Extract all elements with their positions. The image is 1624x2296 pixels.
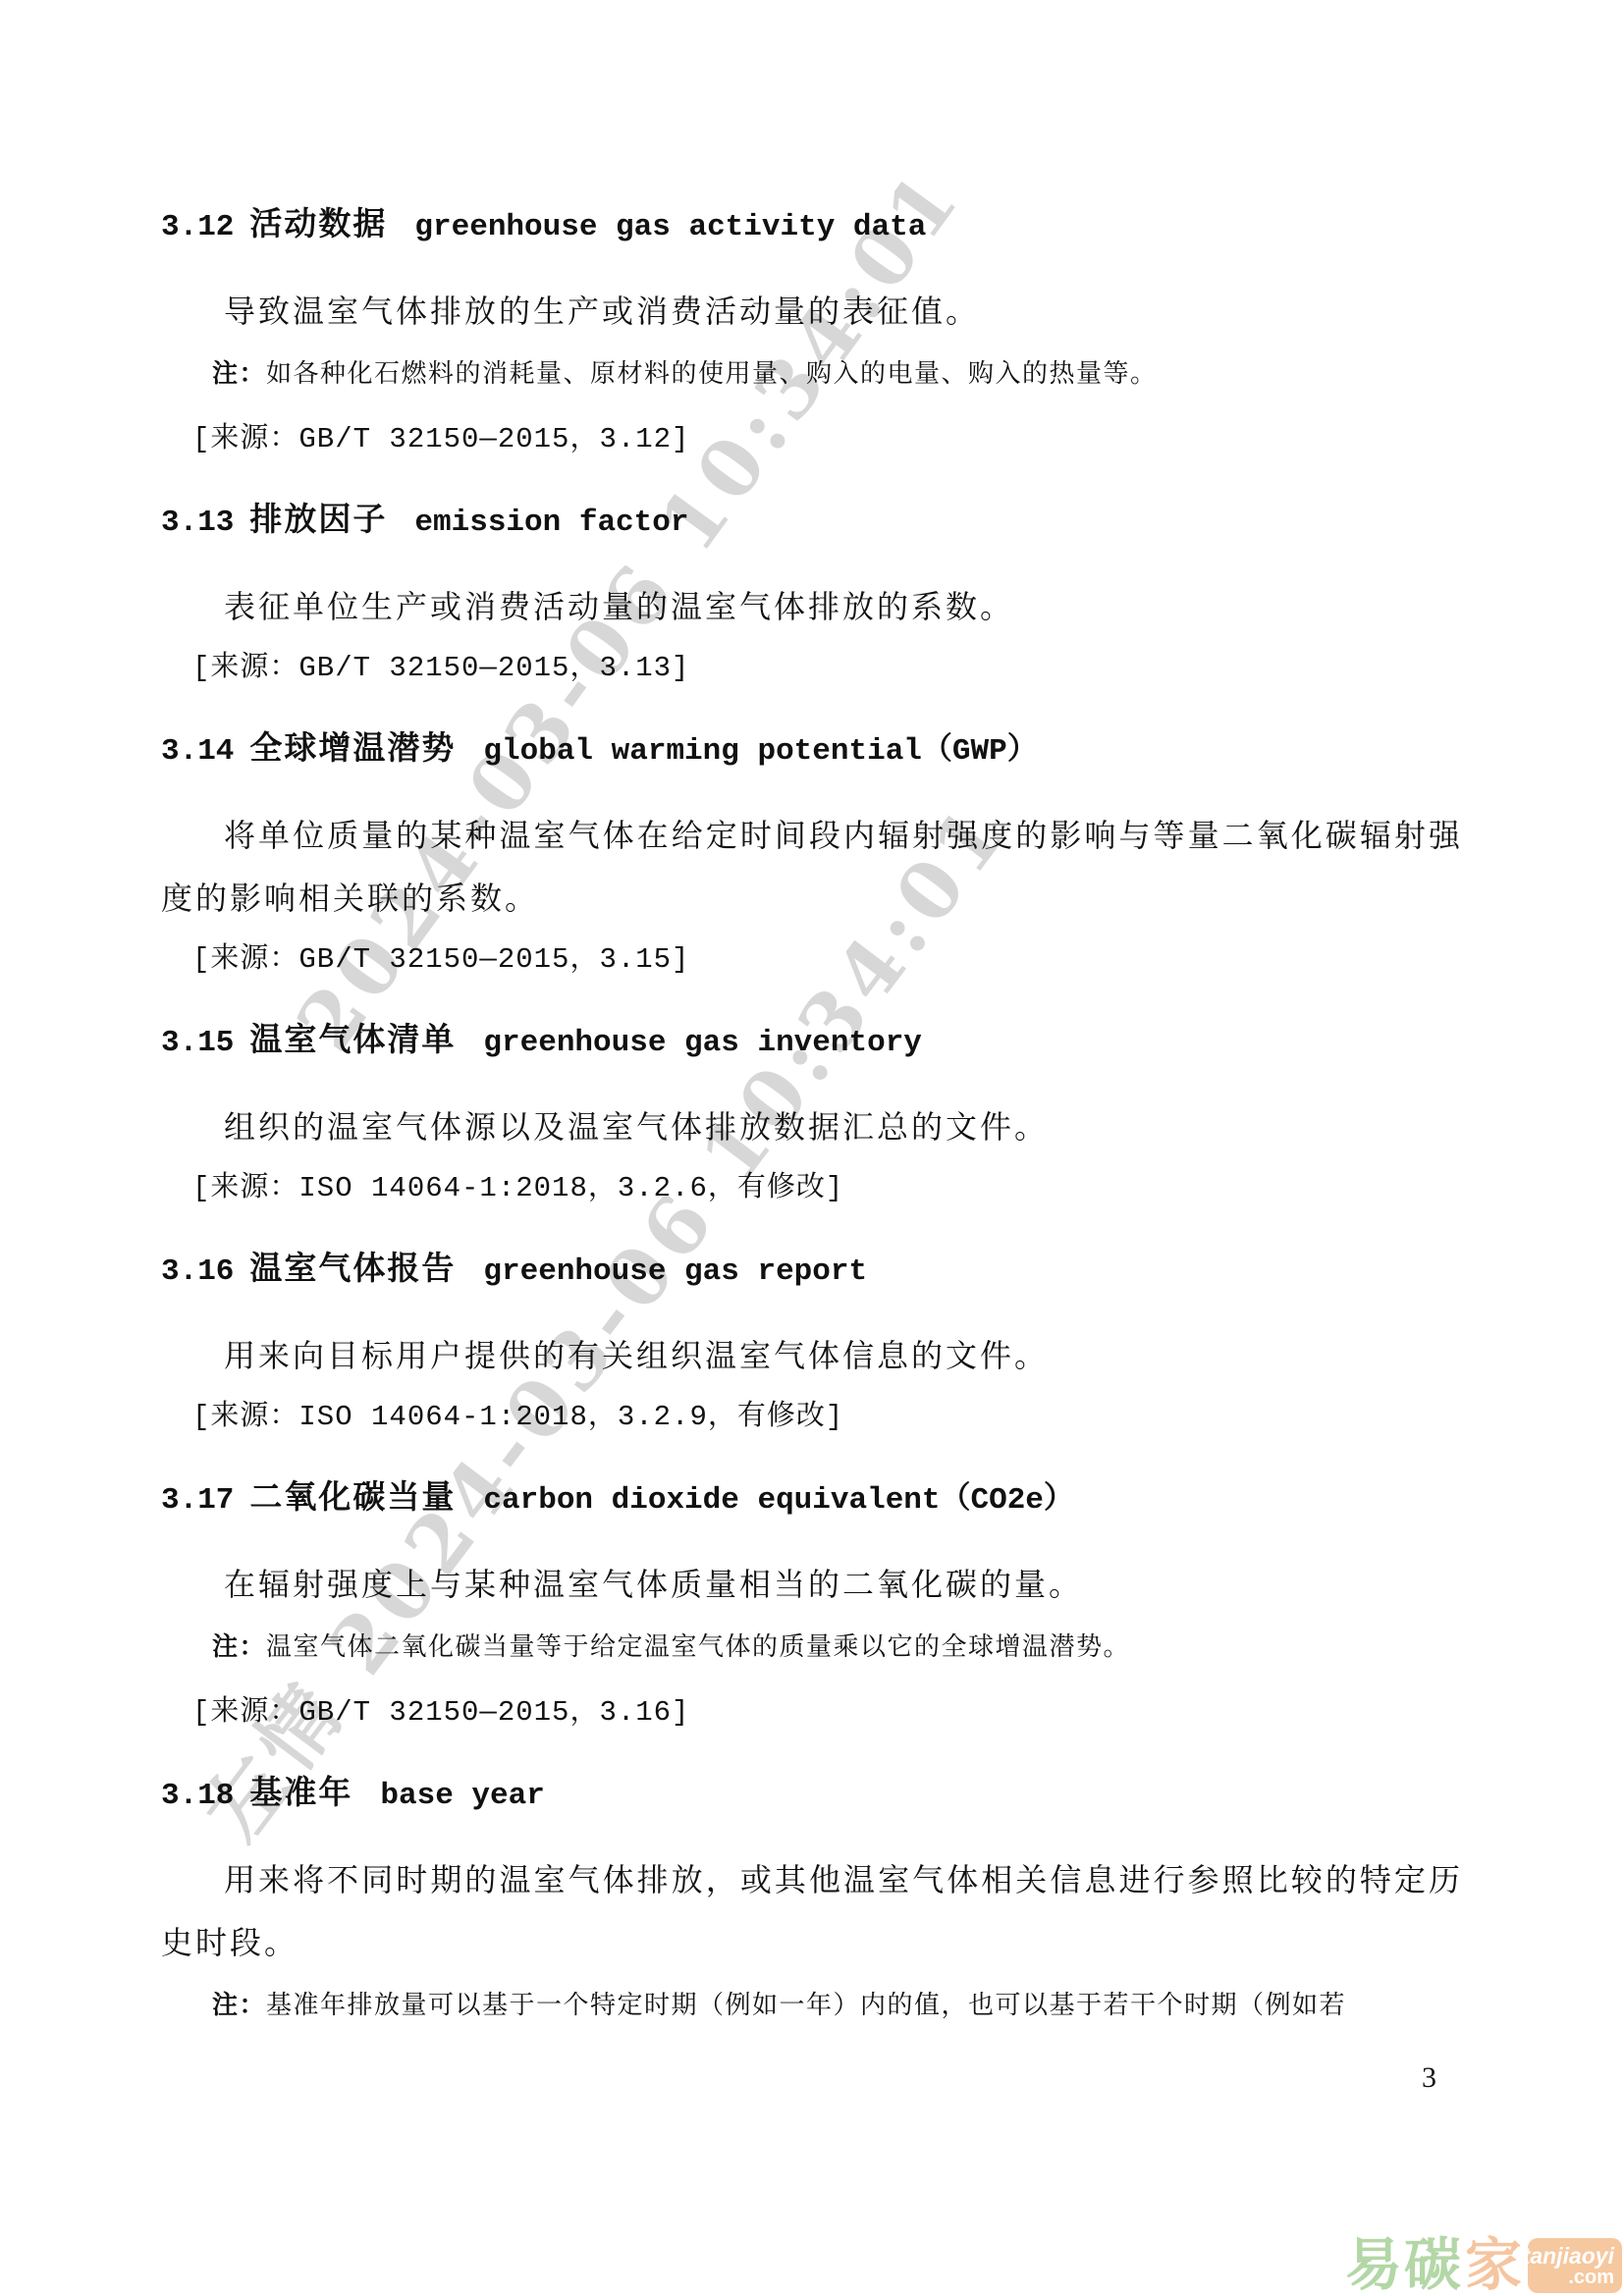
note-text: 如各种化石燃料的消耗量、原材料的使用量、购入的电量、购入的热量等。 <box>266 359 1158 388</box>
definition-paragraph: 用来向目标用户提供的有关组织温室气体信息的文件。 <box>161 1324 1463 1387</box>
source-reference: [来源：GB/T 32150—2015，3.16] <box>161 1685 1463 1740</box>
section-heading: 3.16温室气体报告greenhouse gas report <box>161 1246 1463 1295</box>
section-heading: 3.14全球增温潜势global warming potential（GWP） <box>161 725 1463 774</box>
section-number: 3.12 <box>161 210 234 244</box>
section-title-en: greenhouse gas inventory <box>483 1026 921 1060</box>
section-3-12: 3.12活动数据greenhouse gas activity data 导致温… <box>161 201 1463 467</box>
section-heading: 3.12活动数据greenhouse gas activity data <box>161 201 1463 250</box>
section-3-17: 3.17二氧化碳当量carbon dioxide equivalent（CO2e… <box>161 1474 1463 1740</box>
section-title-en: carbon dioxide equivalent（CO2e） <box>483 1483 1074 1518</box>
logo-badge-domain: tanjiaoyi <box>1523 2245 1614 2268</box>
definition-paragraph: 表征单位生产或消费活动量的温室气体排放的系数。 <box>161 575 1463 638</box>
site-logo: 易碳家 tanjiaoyi .com <box>1345 2237 1622 2294</box>
logo-badge-tld: .com <box>1568 2268 1614 2287</box>
section-heading: 3.17二氧化碳当量carbon dioxide equivalent（CO2e… <box>161 1474 1463 1523</box>
section-3-16: 3.16温室气体报告greenhouse gas report 用来向目标用户提… <box>161 1246 1463 1445</box>
section-title-cn: 全球增温潜势 <box>249 729 456 766</box>
section-number: 3.13 <box>161 506 234 540</box>
section-heading: 3.13排放因子emission factor <box>161 497 1463 546</box>
section-number: 3.16 <box>161 1255 234 1289</box>
section-number: 3.17 <box>161 1483 234 1518</box>
logo-badge: tanjiaoyi .com <box>1528 2238 1622 2293</box>
note-line: 注：温室气体二氧化碳当量等于给定温室气体的质量乘以它的全球增温潜势。 <box>161 1620 1463 1674</box>
section-title-cn: 活动数据 <box>249 205 387 241</box>
section-title-cn: 排放因子 <box>249 501 387 537</box>
definition-paragraph: 将单位质量的某种温室气体在给定时间段内辐射强度的影响与等量二氧化碳辐射强度的影响… <box>161 804 1463 930</box>
section-3-14: 3.14全球增温潜势global warming potential（GWP） … <box>161 725 1463 988</box>
section-title-en: emission factor <box>414 506 688 540</box>
section-3-15: 3.15温室气体清单greenhouse gas inventory 组织的温室… <box>161 1017 1463 1216</box>
section-title-en: base year <box>380 1779 544 1813</box>
section-number: 3.14 <box>161 734 234 769</box>
section-heading: 3.15温室气体清单greenhouse gas inventory <box>161 1017 1463 1066</box>
note-label: 注： <box>212 358 266 388</box>
section-3-18: 3.18基准年base year 用来将不同时期的温室气体排放，或其他温室气体相… <box>161 1770 1463 2032</box>
definition-paragraph: 导致温室气体排放的生产或消费活动量的表征值。 <box>161 280 1463 343</box>
section-3-13: 3.13排放因子emission factor 表征单位生产或消费活动量的温室气… <box>161 497 1463 696</box>
definition-paragraph: 组织的温室气体源以及温室气体排放数据汇总的文件。 <box>161 1095 1463 1158</box>
document-page: 2024-03-06 10:34:01 左情 2024-03-06 10:34:… <box>0 0 1624 2296</box>
source-reference: [来源：GB/T 32150—2015，3.15] <box>161 933 1463 988</box>
logo-text-green: 易碳 <box>1345 2237 1463 2294</box>
section-title-en: global warming potential（GWP） <box>483 734 1037 769</box>
page-number: 3 <box>1422 2061 1436 2095</box>
note-line: 注：基准年排放量可以基于一个特定时期（例如一年）内的值，也可以基于若干个时期（例… <box>161 1978 1463 2032</box>
note-label: 注： <box>212 1631 266 1661</box>
source-reference: [来源：GB/T 32150—2015，3.12] <box>161 412 1463 467</box>
logo-text-orange: 家 <box>1465 2237 1522 2294</box>
source-reference: [来源：GB/T 32150—2015，3.13] <box>161 641 1463 696</box>
source-reference: [来源：ISO 14064-1:2018，3.2.9，有修改] <box>161 1390 1463 1445</box>
note-line: 注：如各种化石燃料的消耗量、原材料的使用量、购入的电量、购入的热量等。 <box>161 347 1463 400</box>
note-label: 注： <box>212 1990 266 2019</box>
document-content: 3.12活动数据greenhouse gas activity data 导致温… <box>0 0 1624 2032</box>
section-title-en: greenhouse gas activity data <box>414 210 926 244</box>
section-number: 3.15 <box>161 1026 234 1060</box>
section-title-cn: 温室气体报告 <box>249 1250 456 1286</box>
note-text: 温室气体二氧化碳当量等于给定温室气体的质量乘以它的全球增温潜势。 <box>266 1632 1130 1661</box>
definition-paragraph: 在辐射强度上与某种温室气体质量相当的二氧化碳的量。 <box>161 1553 1463 1616</box>
section-heading: 3.18基准年base year <box>161 1770 1463 1819</box>
section-title-cn: 二氧化碳当量 <box>249 1478 456 1515</box>
definition-paragraph: 用来将不同时期的温室气体排放，或其他温室气体相关信息进行参照比较的特定历史时段。 <box>161 1848 1463 1974</box>
section-title-cn: 基准年 <box>249 1774 352 1810</box>
source-reference: [来源：ISO 14064-1:2018，3.2.6，有修改] <box>161 1161 1463 1216</box>
section-number: 3.18 <box>161 1779 234 1813</box>
note-text: 基准年排放量可以基于一个特定时期（例如一年）内的值，也可以基于若干个时期（例如若 <box>266 1991 1346 2019</box>
section-title-cn: 温室气体清单 <box>249 1021 456 1057</box>
section-title-en: greenhouse gas report <box>483 1255 867 1289</box>
